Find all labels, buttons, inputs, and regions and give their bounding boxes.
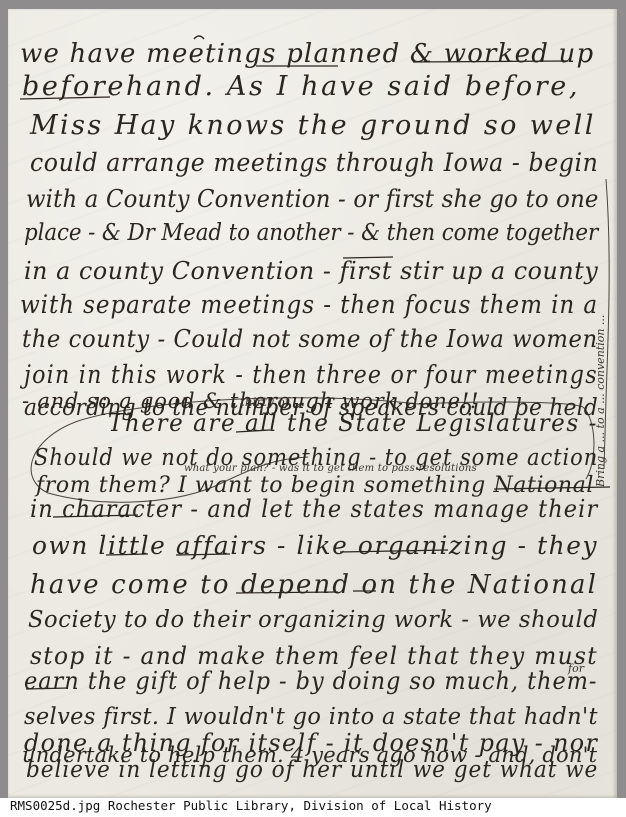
image-caption: RMS0025d.jpg Rochester Public Library, D… [10,800,492,813]
manuscript-line-19: Society to do their organizing work - we… [28,609,598,632]
manuscript-line-5: with a County Convention - or first she … [26,187,599,211]
manuscript-line-13: There are all the State Legislatures - [108,411,598,435]
manuscript-line-18: have come to depend on the National [30,572,598,598]
manuscript-line-16: in character - and let the states manage… [30,497,598,521]
margin-note-vertical: Bring a ... to a ... convention ... [594,315,607,487]
manuscript-line-15: from them? I want to begin something Nat… [36,475,594,497]
manuscript-line-17: own little affairs - like organizing - t… [32,533,598,558]
manuscript-line-3: Miss Hay knows the ground so well [30,112,596,139]
manuscript-line-2: beforehand. As I have said before, [22,73,580,100]
manuscript-line-8: with separate meetings - then focus them… [20,292,598,317]
manuscript-line-21: earn the gift of help - by doing so much… [24,669,597,693]
manuscript-line-20: stop it - and make them feel that they m… [30,644,598,668]
manuscript-line-1: we have meetings planned & worked up [20,41,594,67]
manuscript-line-10: join in this work - then three or four m… [24,362,598,387]
manuscript-line-9: the county - Could not some of the Iowa … [22,327,598,351]
manuscript-line-7: in a county Convention - first stir up a… [24,259,598,283]
manuscript-line-6: place - & Dr Mead to another - & then co… [24,222,598,245]
manuscript-line-25: believe in letting go of her until we ge… [26,759,598,782]
manuscript-page: we have meetings planned & worked up bef… [8,9,617,798]
manuscript-line-22: selves first. I wouldn't go into a state… [24,706,598,729]
manuscript-line-4: could arrange meetings through Iowa - be… [30,150,598,175]
interlinear-thirty-of: thirty of [240,396,289,408]
